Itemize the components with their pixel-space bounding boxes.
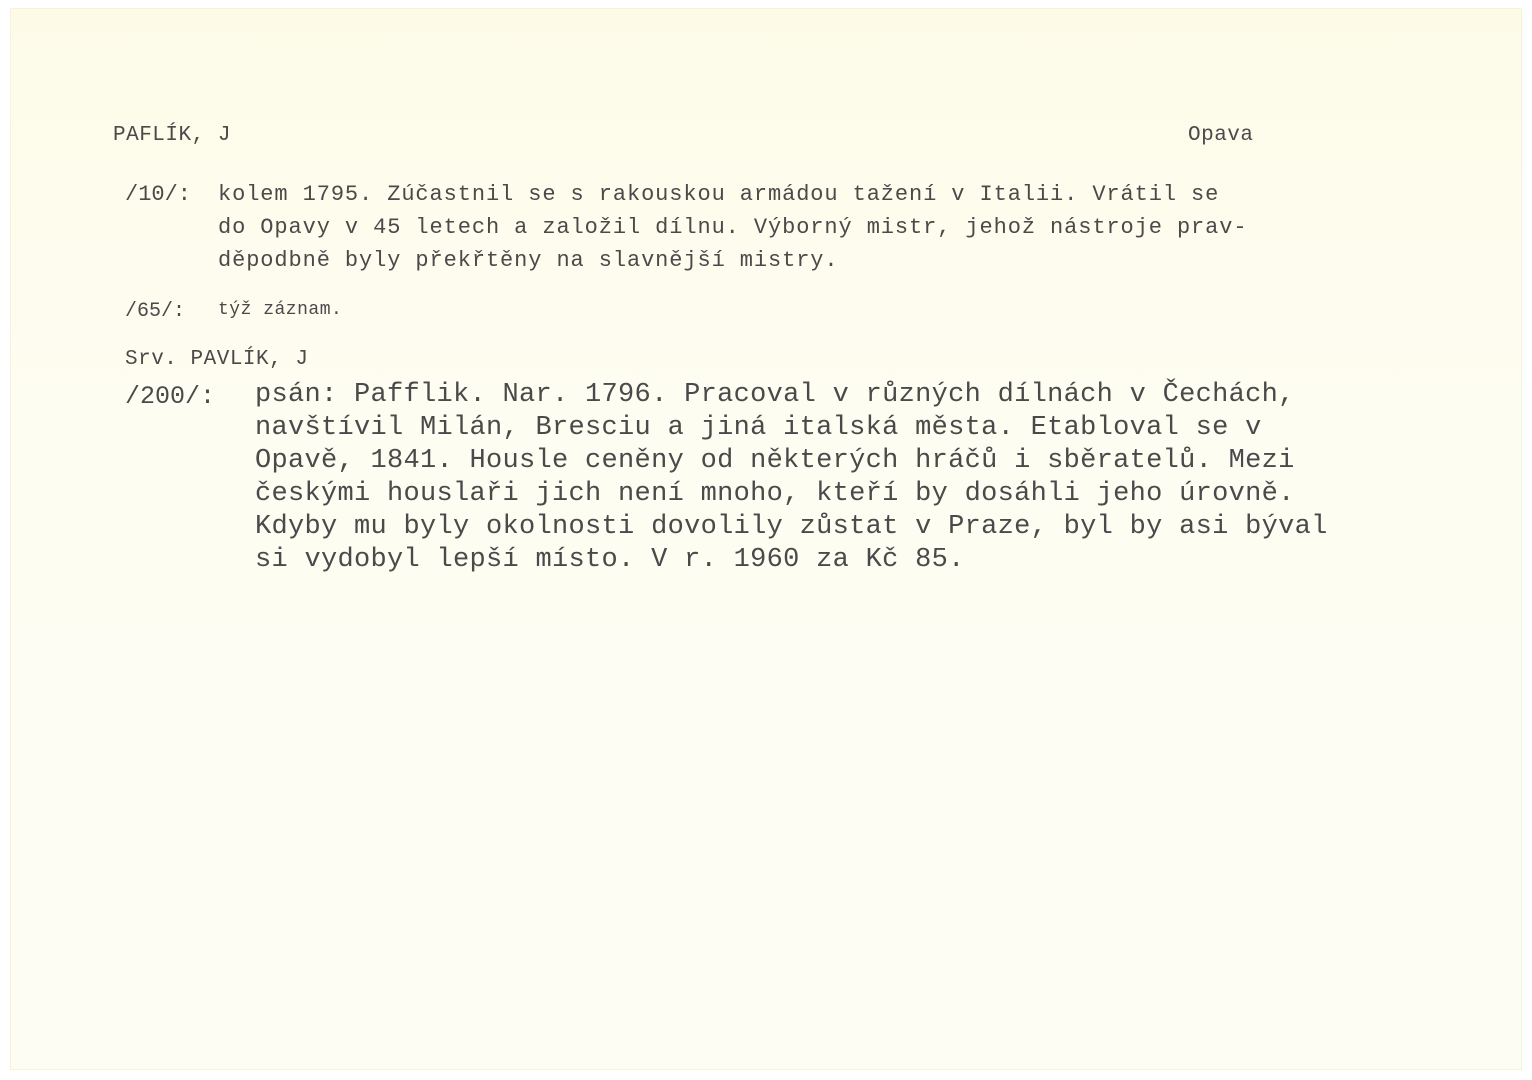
entry-line: týž záznam. [218,300,342,320]
index-card: PAFLÍK, J Opava /10/: kolem 1795. Zúčast… [10,8,1522,1070]
entry-line: děpodbně byly překřtěny na slavnější mis… [218,248,839,273]
entry-source-tag: /200/: [125,382,215,411]
entry-source-tag: /65/: [125,300,185,323]
card-heading-name: PAFLÍK, J [113,124,231,147]
entry-source-tag: /10/: [125,182,191,207]
entry-line: českými houslaři jich není mnoho, kteří … [255,479,1295,509]
entry-line: navštívil Milán, Bresciu a jiná italská … [255,413,1262,443]
entry-line: do Opavy v 45 letech a založil dílnu. Vý… [218,215,1247,240]
entry-line: psán: Pafflik. Nar. 1796. Pracoval v růz… [255,380,1295,410]
entry-line: Opavě, 1841. Housle ceněny od některých … [255,446,1295,476]
entry-line: si vydobyl lepší místo. V r. 1960 za Kč … [255,545,965,575]
cross-reference: Srv. PAVLÍK, J [125,348,308,371]
entry-line: Kdyby mu byly okolnosti dovolily zůstat … [255,512,1328,542]
card-heading-place: Opava [1188,124,1254,147]
entry-line: kolem 1795. Zúčastnil se s rakouskou arm… [218,182,1219,207]
